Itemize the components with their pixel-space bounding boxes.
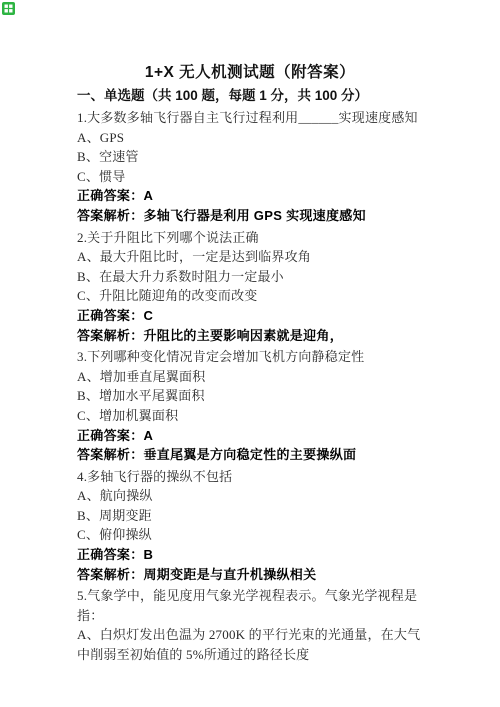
- section-heading: 一、单选题（共 100 题，每题 1 分，共 100 分）: [77, 86, 423, 106]
- question-block-2: 2.关于升阻比下列哪个说法正确 A、最大升阻比时，一定是达到临界攻角 B、在最大…: [77, 228, 423, 346]
- option-c: C、增加机翼面积: [77, 406, 423, 426]
- option-c: C、升阻比随迎角的改变而改变: [77, 286, 423, 306]
- option-a: A、增加垂直尾翼面积: [77, 367, 423, 387]
- option-a: A、航向操纵: [77, 486, 423, 506]
- option-a: A、白炽灯发出色温为 2700K 的平行光束的光通量，在大气中削弱至初始值的 5…: [77, 625, 423, 664]
- answer-line: 正确答案：B: [77, 545, 423, 565]
- option-b: B、周期变距: [77, 506, 423, 526]
- question-block-3: 3.下列哪种变化情况肯定会增加飞机方向静稳定性 A、增加垂直尾翼面积 B、增加水…: [77, 347, 423, 465]
- option-a: A、GPS: [77, 128, 423, 148]
- option-b: B、空速管: [77, 147, 423, 167]
- analysis-line: 答案解析：垂直尾翼是方向稳定性的主要操纵面: [77, 445, 423, 465]
- site-favicon-icon: [2, 2, 15, 15]
- question-block-5: 5.气象学中，能见度用气象光学视程表示。气象光学视程是指： A、白炽灯发出色温为…: [77, 586, 423, 664]
- answer-line: 正确答案：A: [77, 426, 423, 446]
- document-body: 1+X 无人机测试题（附答案） 一、单选题（共 100 题，每题 1 分，共 1…: [77, 62, 423, 665]
- option-c: C、惯导: [77, 167, 423, 187]
- analysis-line: 答案解析：多轴飞行器是利用 GPS 实现速度感知: [77, 206, 423, 226]
- document-page: 1+X 无人机测试题（附答案） 一、单选题（共 100 题，每题 1 分，共 1…: [0, 0, 500, 707]
- question-block-4: 4.多轴飞行器的操纵不包括 A、航向操纵 B、周期变距 C、俯仰操纵 正确答案：…: [77, 467, 423, 585]
- question-stem: 3.下列哪种变化情况肯定会增加飞机方向静稳定性: [77, 347, 423, 367]
- option-b: B、增加水平尾翼面积: [77, 386, 423, 406]
- answer-line: 正确答案：A: [77, 186, 423, 206]
- option-a: A、最大升阻比时，一定是达到临界攻角: [77, 247, 423, 267]
- doc-title: 1+X 无人机测试题（附答案）: [77, 62, 423, 84]
- analysis-line: 答案解析：升阻比的主要影响因素就是迎角，: [77, 326, 423, 346]
- question-stem: 2.关于升阻比下列哪个说法正确: [77, 228, 423, 248]
- answer-line: 正确答案：C: [77, 306, 423, 326]
- question-stem: 1.大多数多轴飞行器自主飞行过程利用______实现速度感知: [77, 108, 423, 128]
- question-stem: 5.气象学中，能见度用气象光学视程表示。气象光学视程是指：: [77, 586, 423, 625]
- analysis-line: 答案解析：周期变距是与直升机操纵相关: [77, 565, 423, 585]
- question-block-1: 1.大多数多轴飞行器自主飞行过程利用______实现速度感知 A、GPS B、空…: [77, 108, 423, 226]
- question-stem: 4.多轴飞行器的操纵不包括: [77, 467, 423, 487]
- option-b: B、在最大升力系数时阻力一定最小: [77, 267, 423, 287]
- option-c: C、俯仰操纵: [77, 525, 423, 545]
